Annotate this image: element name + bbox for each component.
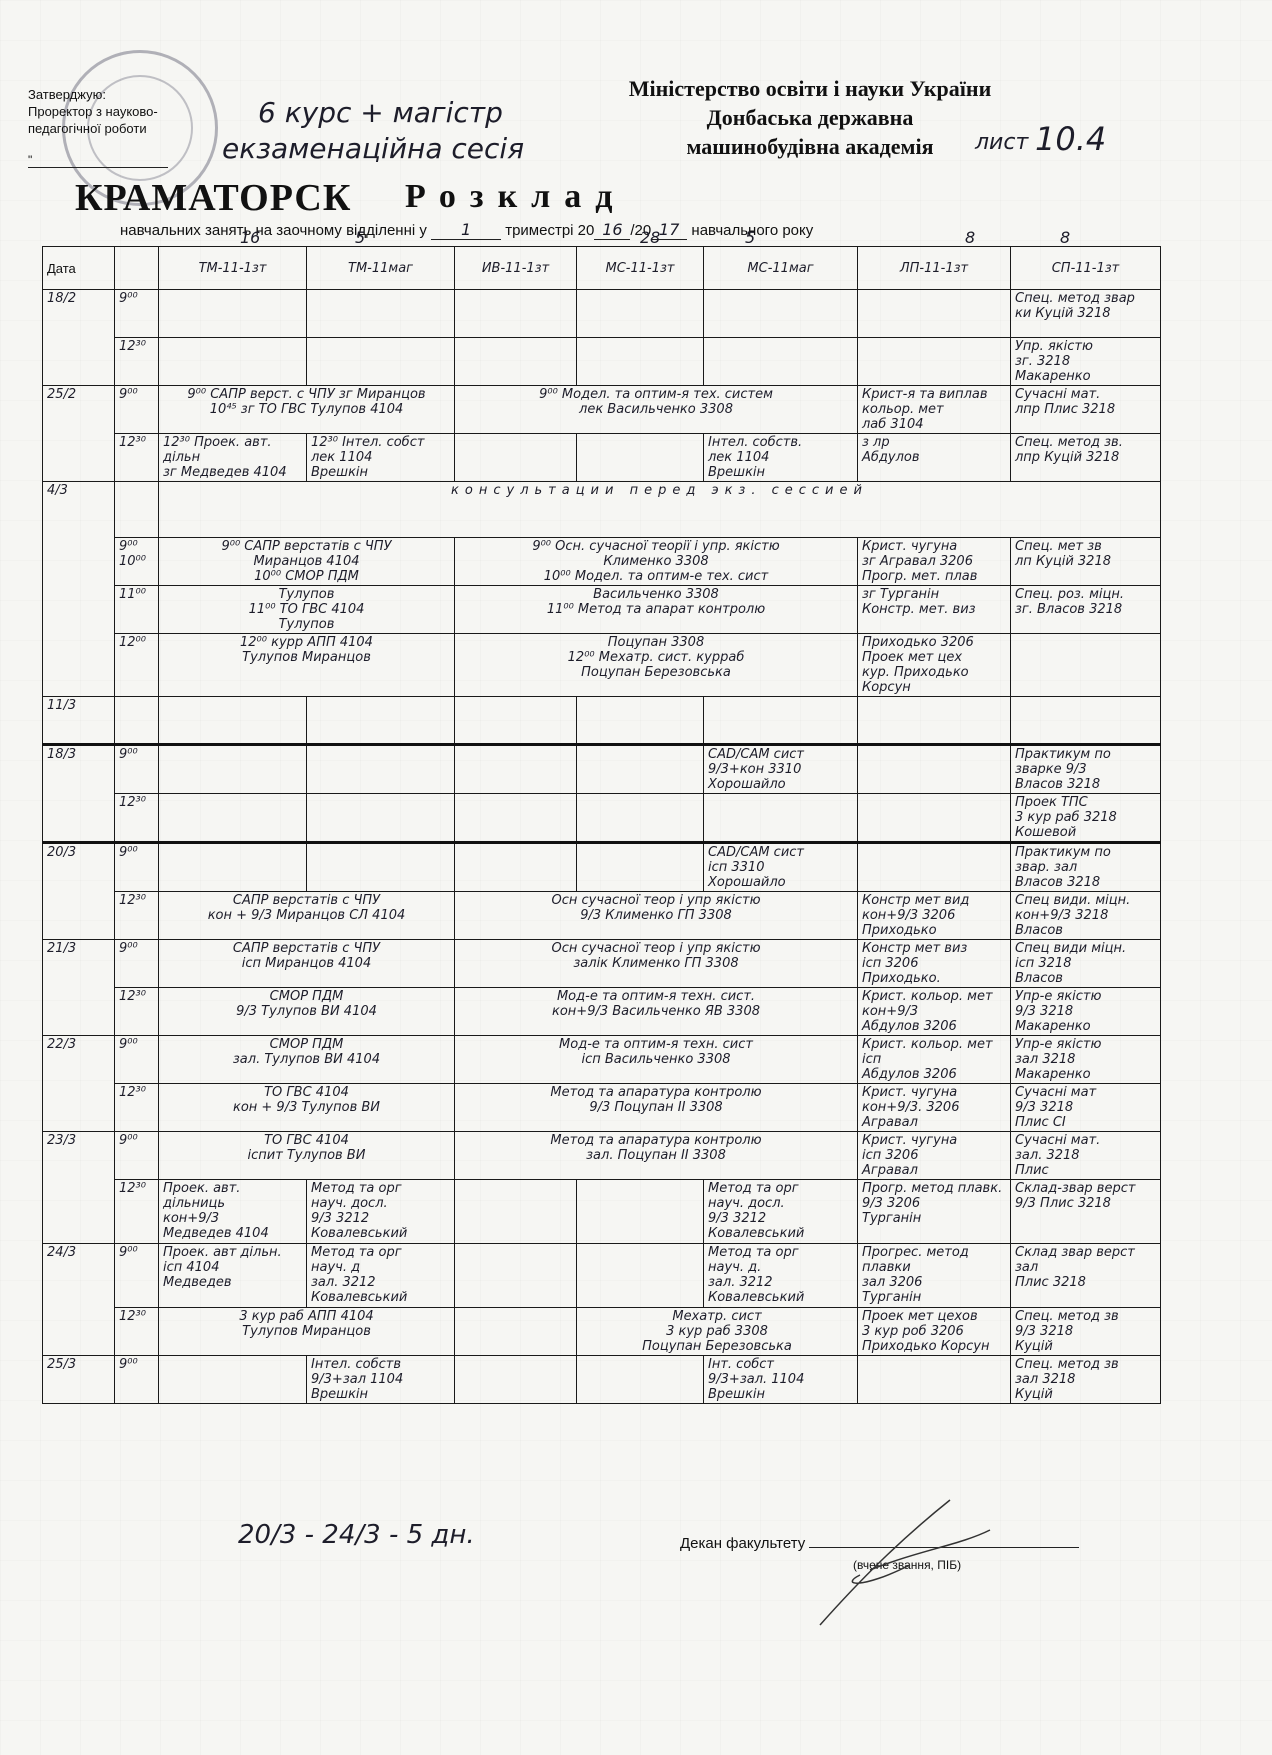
lesson-cell <box>858 290 1011 338</box>
lesson-cell: Осн сучасної теор і упр якістю 9/3 Климе… <box>455 892 858 940</box>
column-header-group: МС-11маг <box>704 247 858 290</box>
lesson-cell <box>455 1308 577 1356</box>
time-cell: 9⁰⁰ <box>115 940 159 988</box>
time-cell: 9⁰⁰ <box>115 1356 159 1404</box>
group-count: 28 <box>640 228 660 247</box>
lesson-cell: Проек. авт. дільниць кон+9/3 Медведев 41… <box>159 1180 307 1244</box>
lesson-cell: Мод-е та оптим-я техн. сист. кон+9/3 Вас… <box>455 988 858 1036</box>
table-row: 25/29⁰⁰9⁰⁰ САПР верст. с ЧПУ зг Миранцов… <box>43 386 1161 434</box>
lesson-cell <box>704 290 858 338</box>
lesson-cell <box>307 338 455 386</box>
time-cell: 9⁰⁰ <box>115 745 159 794</box>
subtitle-text: навчальних занять на заочному відділенні… <box>120 222 427 239</box>
lesson-cell: Констр мет вид кон+9/3 3206 Приходько <box>858 892 1011 940</box>
lesson-cell <box>1011 697 1161 745</box>
column-header-group: МС-11-1зт <box>577 247 704 290</box>
lesson-cell: Інтел. собств. лек 1104 Врешкін <box>704 434 858 482</box>
lesson-cell: ТО ГВС 4104 кон + 9/3 Тулупов ВИ <box>159 1084 455 1132</box>
lesson-cell: Склад звар верст зал Плис 3218 <box>1011 1244 1161 1308</box>
table-row: 11⁰⁰Тулупов 11⁰⁰ ТО ГВС 4104 ТулуповВаси… <box>43 586 1161 634</box>
group-count: 5 <box>745 228 755 247</box>
lesson-cell <box>858 338 1011 386</box>
lesson-cell: Проек мет цехов 3 кур роб 3206 Приходько… <box>858 1308 1011 1356</box>
lesson-cell <box>159 745 307 794</box>
table-row: 12³⁰СМОР ПДМ 9/3 Тулупов ВИ 4104Мод-е та… <box>43 988 1161 1036</box>
lesson-cell <box>455 843 577 892</box>
page-title: Розклад <box>405 178 626 216</box>
lesson-cell <box>455 338 577 386</box>
lesson-cell: 3 кур раб АПП 4104 Тулупов Миранцов <box>159 1308 455 1356</box>
lesson-cell: Поцупан 3308 12⁰⁰ Мехатр. сист. курраб П… <box>455 634 858 697</box>
time-cell: 12³⁰ <box>115 988 159 1036</box>
lesson-cell <box>307 290 455 338</box>
ministry-line: Міністерство освіти і науки України <box>560 74 1060 103</box>
city-name: КРАМАТОРСК <box>75 176 351 220</box>
lesson-cell: Прогр. метод плавк. 9/3 3206 Турганін <box>858 1180 1011 1244</box>
time-cell: 12³⁰ <box>115 338 159 386</box>
lesson-cell: Крист-я та виплав кольор. мет лаб 3104 <box>858 386 1011 434</box>
handwritten-session: екзаменаційна сесія <box>222 132 524 165</box>
lesson-cell <box>159 338 307 386</box>
lesson-cell <box>455 745 577 794</box>
lesson-cell <box>858 843 1011 892</box>
column-header-group: ТМ-11маг <box>307 247 455 290</box>
lesson-cell <box>159 697 307 745</box>
table-row: 12³⁰САПР верстатів с ЧПУ кон + 9/3 Миран… <box>43 892 1161 940</box>
lesson-cell: Склад-звар верст 9/3 Плис 3218 <box>1011 1180 1161 1244</box>
lesson-cell <box>1011 634 1161 697</box>
column-header-group: ИВ-11-1зт <box>455 247 577 290</box>
lesson-cell: Приходько 3206 Проек мет цех кур. Приход… <box>858 634 1011 697</box>
date-cell: 21/3 <box>43 940 115 1036</box>
approval-line: педагогічної роботи <box>28 120 158 137</box>
subtitle-text: триместрі 20 <box>505 222 594 239</box>
lesson-cell: Крист. чугуна кон+9/3. 3206 Агравал <box>858 1084 1011 1132</box>
lesson-cell <box>577 1180 704 1244</box>
lesson-cell: Інт. собст 9/3+зал. 1104 Врешкін <box>704 1356 858 1404</box>
lesson-cell <box>577 1244 704 1308</box>
table-row: 25/39⁰⁰Інтел. собств 9/3+зал 1104 Врешкі… <box>43 1356 1161 1404</box>
lesson-cell <box>455 697 577 745</box>
date-cell: 23/3 <box>43 1132 115 1244</box>
lesson-cell: 12³⁰ Проек. авт. дільн зг Медведев 4104 <box>159 434 307 482</box>
table-row: 12⁰⁰12⁰⁰ курр АПП 4104 Тулупов МиранцовП… <box>43 634 1161 697</box>
date-cell: 18/2 <box>43 290 115 386</box>
table-row: 11/3 <box>43 697 1161 745</box>
lesson-cell: з лр Абдулов <box>858 434 1011 482</box>
table-row: 12³⁰ТО ГВС 4104 кон + 9/3 Тулупов ВИМето… <box>43 1084 1161 1132</box>
date-cell: 24/3 <box>43 1244 115 1356</box>
date-cell: 18/3 <box>43 745 115 843</box>
lesson-cell: Інтел. собств 9/3+зал 1104 Врешкін <box>307 1356 455 1404</box>
ministry-line: Донбаська державна <box>560 103 1060 132</box>
lesson-cell <box>577 745 704 794</box>
lesson-cell <box>307 794 455 843</box>
table-row: 24/39⁰⁰Проек. авт дільн. ісп 4104 Медвед… <box>43 1244 1161 1308</box>
approval-signature-line: " <box>28 153 168 168</box>
trimester-value: 1 <box>461 220 471 239</box>
time-cell <box>115 697 159 745</box>
lesson-cell: Констр мет виз ісп 3206 Приходько. <box>858 940 1011 988</box>
date-cell: 11/3 <box>43 697 115 745</box>
time-cell: 9⁰⁰ <box>115 1036 159 1084</box>
lesson-cell <box>455 434 577 482</box>
table-row: 18/29⁰⁰Спец. метод звар ки Куцій 3218 <box>43 290 1161 338</box>
lesson-cell <box>704 697 858 745</box>
lesson-cell <box>577 290 704 338</box>
time-cell: 9⁰⁰ <box>115 1244 159 1308</box>
table-row: 4/3консультации перед экз. сессией <box>43 482 1161 538</box>
column-header-group: СП-11-1зт <box>1011 247 1161 290</box>
approval-block: Затверджую: Проректор з науково- педагог… <box>28 86 158 137</box>
lesson-cell <box>577 794 704 843</box>
lesson-cell: Метод та орг науч. досл. 9/3 3212 Ковале… <box>307 1180 455 1244</box>
year-from-field: 16 <box>594 220 630 240</box>
lesson-cell <box>307 745 455 794</box>
lesson-cell: Крист. чугуна зг Агравал 3206 Прогр. мет… <box>858 538 1011 586</box>
time-cell: 12³⁰ <box>115 1308 159 1356</box>
year-from-value: 16 <box>602 220 622 239</box>
lesson-cell: Сучасні мат. лпр Плис 3218 <box>1011 386 1161 434</box>
time-cell: 9⁰⁰ <box>115 843 159 892</box>
lesson-cell: Метод та орг науч. д зал. 3212 Ковалевсь… <box>307 1244 455 1308</box>
approval-line: Проректор з науково- <box>28 103 158 120</box>
table-row: 12³⁰12³⁰ Проек. авт. дільн зг Медведев 4… <box>43 434 1161 482</box>
approval-line: Затверджую: <box>28 86 158 103</box>
lesson-cell: СМОР ПДМ 9/3 Тулупов ВИ 4104 <box>159 988 455 1036</box>
lesson-cell: Васильченко 3308 11⁰⁰ Метод та апарат ко… <box>455 586 858 634</box>
lesson-cell <box>577 697 704 745</box>
trimester-field: 1 <box>431 220 501 240</box>
lesson-cell: Мод-е та оптим-я техн. сист ісп Васильче… <box>455 1036 858 1084</box>
lesson-cell: Крист. чугуна ісп 3206 Агравал <box>858 1132 1011 1180</box>
column-header-time <box>115 247 159 290</box>
lesson-cell <box>455 290 577 338</box>
lesson-cell: САD/САМ сист 9/3+кон 3310 Хорошайло <box>704 745 858 794</box>
lesson-cell: 12³⁰ Інтел. собст лек 1104 Врешкін <box>307 434 455 482</box>
handwritten-course: 6 курс + магістр <box>258 96 503 129</box>
lesson-cell: Спец. метод зв зал 3218 Куцій <box>1011 1356 1161 1404</box>
lesson-cell: 9⁰⁰ Осн. сучасної теорії і упр. якістю К… <box>455 538 858 586</box>
table-row: 18/39⁰⁰САD/САМ сист 9/3+кон 3310 Хорошай… <box>43 745 1161 794</box>
lesson-cell: Практикум по звар. зал Власов 3218 <box>1011 843 1161 892</box>
lesson-cell: Мехатр. сист 3 кур раб 3308 Поцупан Бере… <box>577 1308 858 1356</box>
table-row: 12³⁰Проек. авт. дільниць кон+9/3 Медведе… <box>43 1180 1161 1244</box>
lesson-cell <box>307 697 455 745</box>
lesson-cell: Спец види міцн. ісп 3218 Власов <box>1011 940 1161 988</box>
table-row: 21/39⁰⁰САПР верстатів с ЧПУ ісп Миранцов… <box>43 940 1161 988</box>
lesson-cell: САПР верстатів с ЧПУ кон + 9/3 Миранцов … <box>159 892 455 940</box>
lesson-cell <box>858 697 1011 745</box>
subtitle: навчальних занять на заочному відділенні… <box>120 220 813 240</box>
group-count: 5 <box>355 228 365 247</box>
time-cell: 12⁰⁰ <box>115 634 159 697</box>
table-row: 23/39⁰⁰ТО ГВС 4104 іспит Тулупов ВИМетод… <box>43 1132 1161 1180</box>
approval-quote: " <box>28 153 32 167</box>
column-header-group: ТМ-11-1зт <box>159 247 307 290</box>
column-header-date: Дата <box>43 247 115 290</box>
lesson-cell <box>455 1356 577 1404</box>
consultation-banner: консультации перед экз. сессией <box>159 482 1161 538</box>
lesson-cell: Метод та апаратура контролю зал. Поцупан… <box>455 1132 858 1180</box>
lesson-cell <box>159 843 307 892</box>
lesson-cell: Спец. мет зв лп Куцій 3218 <box>1011 538 1161 586</box>
lesson-cell <box>858 794 1011 843</box>
lesson-cell <box>858 745 1011 794</box>
lesson-cell <box>159 794 307 843</box>
signature-icon <box>800 1490 1000 1630</box>
lesson-cell <box>704 338 858 386</box>
schedule-table: Дата ТМ-11-1зт ТМ-11маг ИВ-11-1зт МС-11-… <box>42 246 1161 1404</box>
lesson-cell <box>159 290 307 338</box>
time-cell: 12³⁰ <box>115 1084 159 1132</box>
time-cell: 12³⁰ <box>115 1180 159 1244</box>
lesson-cell <box>307 843 455 892</box>
lesson-cell: Метод та апаратура контролю 9/3 Поцупан … <box>455 1084 858 1132</box>
time-cell: 12³⁰ <box>115 434 159 482</box>
lesson-cell: Тулупов 11⁰⁰ ТО ГВС 4104 Тулупов <box>159 586 455 634</box>
lesson-cell <box>455 794 577 843</box>
lesson-cell: Прогрес. метод плавки зал 3206 Турганін <box>858 1244 1011 1308</box>
group-count: 16 <box>240 228 260 247</box>
lesson-cell <box>455 1244 577 1308</box>
table-row: 12³⁰Проек ТПС 3 кур раб 3218 Кошевой <box>43 794 1161 843</box>
lesson-cell: СМОР ПДМ зал. Тулупов ВИ 4104 <box>159 1036 455 1084</box>
dean-label: Декан факультету <box>680 1535 805 1552</box>
time-cell: 9⁰⁰ 10⁰⁰ <box>115 538 159 586</box>
lesson-cell <box>858 1356 1011 1404</box>
time-cell: 9⁰⁰ <box>115 386 159 434</box>
lesson-cell: Спец. метод звар ки Куцій 3218 <box>1011 290 1161 338</box>
date-cell: 4/3 <box>43 482 115 697</box>
sheet-number: 10.4 <box>1035 120 1106 158</box>
date-cell: 20/3 <box>43 843 115 940</box>
handwritten-footer-note: 20/3 - 24/3 - 5 дн. <box>238 1520 475 1550</box>
lesson-cell: Спец види. міцн. кон+9/3 3218 Власов <box>1011 892 1161 940</box>
lesson-cell: 9⁰⁰ САПР верст. с ЧПУ зг Миранцов 10⁴⁵ з… <box>159 386 455 434</box>
group-count: 8 <box>1060 228 1070 247</box>
lesson-cell: Сучасні мат. зал. 3218 Плис <box>1011 1132 1161 1180</box>
time-cell: 11⁰⁰ <box>115 586 159 634</box>
table-row: 12³⁰Упр. якістю зг. 3218 Макаренко <box>43 338 1161 386</box>
lesson-cell: Проек. авт дільн. ісп 4104 Медведев <box>159 1244 307 1308</box>
lesson-cell <box>577 338 704 386</box>
time-cell: 12³⁰ <box>115 892 159 940</box>
date-cell: 25/2 <box>43 386 115 482</box>
group-count: 8 <box>965 228 975 247</box>
time-cell <box>115 482 159 538</box>
lesson-cell: Упр. якістю зг. 3218 Макаренко <box>1011 338 1161 386</box>
lesson-cell: Упр-е якістю зал 3218 Макаренко <box>1011 1036 1161 1084</box>
lesson-cell <box>159 1356 307 1404</box>
date-cell: 25/3 <box>43 1356 115 1404</box>
lesson-cell: Осн сучасної теор і упр якістю залік Кли… <box>455 940 858 988</box>
table-row: 9⁰⁰ 10⁰⁰9⁰⁰ САПР верстатів с ЧПУ Миранцо… <box>43 538 1161 586</box>
lesson-cell: Практикум по зварке 9/3 Власов 3218 <box>1011 745 1161 794</box>
lesson-cell <box>455 1180 577 1244</box>
column-header-group: ЛП-11-1зт <box>858 247 1011 290</box>
lesson-cell: зг Турганін Констр. мет. виз <box>858 586 1011 634</box>
time-cell: 9⁰⁰ <box>115 290 159 338</box>
lesson-cell: Метод та орг науч. досл. 9/3 3212 Ковале… <box>704 1180 858 1244</box>
lesson-cell <box>577 434 704 482</box>
sheet-label: лист <box>975 130 1028 155</box>
lesson-cell: Спец. роз. міцн. зг. Власов 3218 <box>1011 586 1161 634</box>
table-row: 12³⁰3 кур раб АПП 4104 Тулупов МиранцовМ… <box>43 1308 1161 1356</box>
lesson-cell: Сучасні мат 9/3 3218 Плис СІ <box>1011 1084 1161 1132</box>
lesson-cell: Крист. кольор. мет кон+9/3 Абдулов 3206 <box>858 988 1011 1036</box>
date-cell: 22/3 <box>43 1036 115 1132</box>
lesson-cell: 9⁰⁰ САПР верстатів с ЧПУ Миранцов 4104 1… <box>159 538 455 586</box>
lesson-cell: Спец. метод зв. лпр Куцій 3218 <box>1011 434 1161 482</box>
lesson-cell: ТО ГВС 4104 іспит Тулупов ВИ <box>159 1132 455 1180</box>
lesson-cell <box>704 794 858 843</box>
lesson-cell: Метод та орг науч. д. зал. 3212 Ковалевс… <box>704 1244 858 1308</box>
lesson-cell: САD/САМ сист ісп 3310 Хорошайло <box>704 843 858 892</box>
year-to-value: 17 <box>659 220 679 239</box>
lesson-cell: Упр-е якістю 9/3 3218 Макаренко <box>1011 988 1161 1036</box>
table-row: 20/39⁰⁰САD/САМ сист ісп 3310 ХорошайлоПр… <box>43 843 1161 892</box>
lesson-cell: 9⁰⁰ Модел. та оптим-я тех. систем лек Ва… <box>455 386 858 434</box>
lesson-cell: Спец. метод зв 9/3 3218 Куцій <box>1011 1308 1161 1356</box>
time-cell: 12³⁰ <box>115 794 159 843</box>
lesson-cell: Проек ТПС 3 кур раб 3218 Кошевой <box>1011 794 1161 843</box>
table-row: 22/39⁰⁰СМОР ПДМ зал. Тулупов ВИ 4104Мод-… <box>43 1036 1161 1084</box>
time-cell: 9⁰⁰ <box>115 1132 159 1180</box>
lesson-cell: 12⁰⁰ курр АПП 4104 Тулупов Миранцов <box>159 634 455 697</box>
lesson-cell: Крист. кольор. мет ісп Абдулов 3206 <box>858 1036 1011 1084</box>
lesson-cell: САПР верстатів с ЧПУ ісп Миранцов 4104 <box>159 940 455 988</box>
table-header-row: Дата ТМ-11-1зт ТМ-11маг ИВ-11-1зт МС-11-… <box>43 247 1161 290</box>
lesson-cell <box>577 843 704 892</box>
lesson-cell <box>577 1356 704 1404</box>
